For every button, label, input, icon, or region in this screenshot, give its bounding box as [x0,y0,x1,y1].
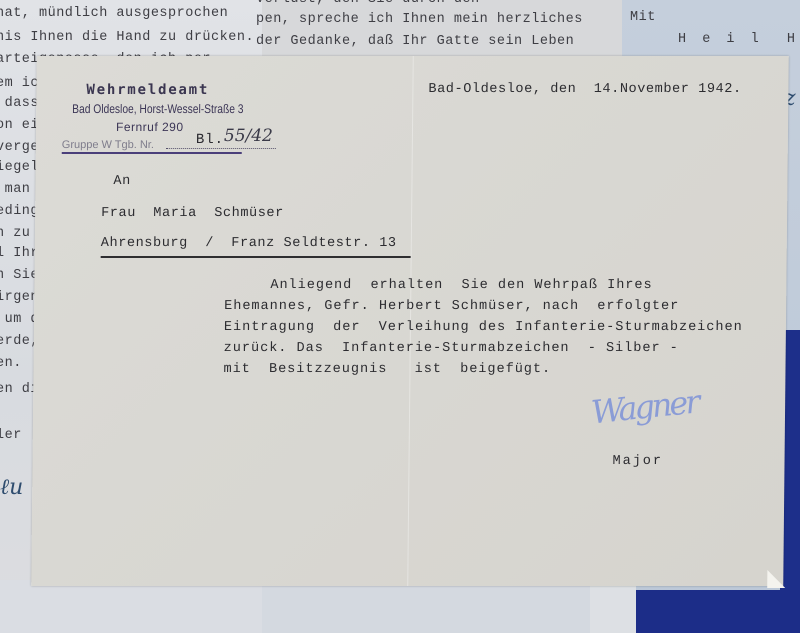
signature: Wagner [590,383,700,432]
stamp-office-name: Wehrmeldeamt [86,82,209,98]
body-line: Ehemannes, Gefr. Herbert Schmüser, nach … [224,299,679,314]
text-line: n Sie [0,268,39,283]
date-line: Bad-Oldesloe, den 14.November 1942. [428,82,741,97]
text-line: der Gedanke, daß Ihr Gatte sein Leben [256,34,574,49]
stamp-address: Bad Oldesloe, Horst-Wessel-Straße 3 [72,102,243,116]
handwriting: ℓu [0,474,23,500]
body-line: Eintragung der Verleihung des Infanterie… [224,320,743,335]
body-line: zurück. Das Infanterie-Sturmabzeichen - … [224,341,679,356]
dog-eared-corner [767,570,785,588]
recipient-name: Frau Maria Schmüser [101,206,284,221]
address-underline [101,256,411,258]
stamp-bl-label: Bl. [196,132,224,148]
stamp-bl-number: 55/42 [224,126,273,146]
stamp-dotted-line [166,148,276,149]
body-line: Anliegend erhalten Sie den Wehrpaß Ihres [270,278,652,293]
text-line: hat, mündlich ausgesprochen [0,6,228,21]
text-line: Mit [630,10,656,25]
stamp-phone: Fernruf 290 [116,120,184,134]
body-line: mit Besitzzeugnis ist beigefügt. [223,362,551,377]
salutation: An [113,174,131,189]
main-document: Wehrmeldeamt Bad Oldesloe, Horst-Wessel-… [31,56,789,586]
background-sheet-bottom [262,585,592,633]
signatory-rank: Major [612,454,663,469]
stamp-group-number: Gruppe W Tgb. Nr. [62,139,154,151]
text-line: H e i l H i [678,32,800,47]
stamp-underline [62,152,242,154]
text-line: nis Ihnen die Hand zu drücken. [0,30,254,45]
background-sheet-bottom [0,580,262,633]
blue-folder [636,590,800,633]
text-line: Verlust, den Sie durch den [256,0,480,7]
background-sheet-bottom [590,585,636,633]
text-line: en. [0,356,22,371]
background-letter-middle: Verlust, den Sie durch den pen, spreche … [262,0,624,60]
text-line: pen, spreche ich Ihnen mein herzliches [256,12,583,27]
recipient-address: Ahrensburg / Franz Seldtestr. 13 [101,236,397,251]
